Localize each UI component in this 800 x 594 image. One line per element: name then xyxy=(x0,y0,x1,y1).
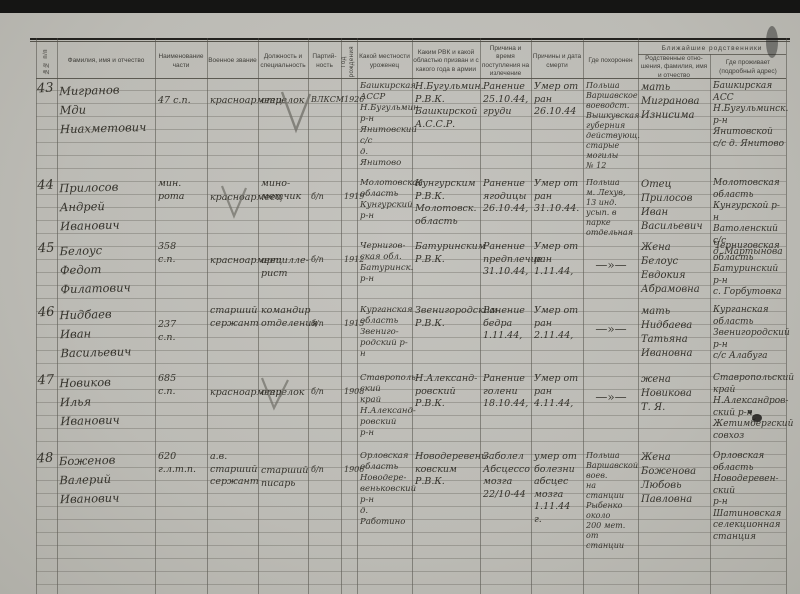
cell-row-number: 46 xyxy=(34,303,58,363)
cell-party: б/п xyxy=(308,240,341,299)
cell-rank: красноармеец xyxy=(207,372,258,442)
record-row: 47 Новиков Илья Иванович 685 с.п. красно… xyxy=(36,372,786,442)
cell-position: стрелок xyxy=(258,80,308,171)
cell-row-number: 47 xyxy=(34,371,59,442)
cell-birth-year: 1912 xyxy=(341,240,357,299)
cell-admission: Ранение 25.10.44, груди xyxy=(480,80,531,171)
cell-position: командир отделения xyxy=(258,304,308,363)
cell-relative: мать Нидбаева Татьяна Ивановна xyxy=(638,304,710,363)
col-header-relative: Родственные отно- шения, фамилия, имя и … xyxy=(638,54,710,81)
col-header-birth: Год рождения xyxy=(341,42,357,81)
cell-party: б/п xyxy=(308,304,341,363)
cell-admission: Ранение бедра 1.11.44, xyxy=(480,304,531,363)
cell-origin: Ставрополь- ский край Н.Александ- ровски… xyxy=(357,372,412,442)
cell-position: стрелок xyxy=(258,372,308,442)
cell-origin: Курганская область Звениго- родский р-н xyxy=(357,304,412,363)
cell-unit: 358 с.п. xyxy=(155,240,207,299)
record-row: 46 Нидбаев Иван Васильевич 237 с.п. стар… xyxy=(36,304,786,363)
cell-rvk: Н.Бугульмин. Р.В.К. Башкирской А.С.С.Р. xyxy=(412,80,480,171)
cell-birth-year: 1908 xyxy=(341,372,357,442)
cell-burial: Польша Варшавской воев. на станции Рыбен… xyxy=(583,450,638,551)
cell-burial: —»— xyxy=(583,372,638,442)
col-header-rvk: Каким РВК и какой областью призван и с к… xyxy=(412,42,480,81)
record-row: 45 Белоус Федот Филатович 358 с.п. красн… xyxy=(36,240,786,299)
cell-burial: Польша Варшавское воеводст. Вышкувская г… xyxy=(583,80,638,171)
cell-party: б/п xyxy=(308,450,341,551)
cell-name: Новиков Илья Иванович xyxy=(56,371,156,444)
cell-position: артилле- рист xyxy=(258,240,308,299)
cell-origin: Чернигов- ская обл. Батуринск. р-н xyxy=(357,240,412,299)
cell-death: Умер от ран 4.11.44, xyxy=(531,372,583,442)
table-top-rule xyxy=(30,38,790,40)
record-row: 43 Мигранов Мди Ниахметович 47 с.п. крас… xyxy=(36,80,786,171)
cell-rank: красноармеец xyxy=(207,80,258,171)
cell-burial: —»— xyxy=(583,304,638,363)
col-header-position: Должность и специальность xyxy=(258,42,308,81)
cell-name: Белоус Федот Филатович xyxy=(56,239,155,300)
document-page: №№ п/п Фамилия, имя и отчество Наименова… xyxy=(0,0,800,594)
col-header-rank: Военное звание xyxy=(207,42,258,81)
cell-origin: Орловская область Новодере- веньковский … xyxy=(357,450,412,551)
cell-birth-year: 1915 xyxy=(341,304,357,363)
cell-address: Ставропольский край Н.Александров- ский … xyxy=(710,372,786,442)
col-header-relatives-group: Ближайшие родственники Родственные отно-… xyxy=(638,42,786,81)
cell-rank: а.в. старший сержант xyxy=(207,450,258,551)
col-header-num-label: №№ п/п xyxy=(43,49,51,74)
cell-rvk: Новодеревень- ковским Р.В.К. xyxy=(412,450,480,551)
col-header-admission: Причина и время поступления на излечение xyxy=(480,42,531,81)
record-row: 48 Боженов Валерий Иванович 620 г.л.т.п.… xyxy=(36,450,786,551)
col-header-birth-label: Год рождения xyxy=(341,43,357,80)
cell-relative: жена Новикова Т. Я. xyxy=(638,372,710,442)
cell-relative: мать Мигранова Изнисима xyxy=(638,80,710,171)
col-header-origin: Какой местности уроженец xyxy=(357,42,412,81)
cell-party: б/п xyxy=(308,372,341,442)
column-line xyxy=(786,38,787,594)
cell-birth-year: 1906 xyxy=(341,450,357,551)
relatives-group-title: Ближайшие родственники xyxy=(638,42,786,54)
scan-top-border xyxy=(0,0,800,13)
cell-row-number: 45 xyxy=(34,239,58,299)
cell-address: Орловская область Новодеревен- ский р-н … xyxy=(710,450,786,551)
cell-party: ВЛКСМ xyxy=(308,80,341,171)
cell-death: Умер от ран 26.10.44 xyxy=(531,80,583,171)
cell-rvk: Н.Александ- ровский Р.В.К. xyxy=(412,372,480,442)
cell-burial: —»— xyxy=(583,240,638,299)
cell-unit: 237 с.п. xyxy=(155,304,207,363)
cell-address: Черниговская область Батуринский р-н с. … xyxy=(710,240,786,299)
cell-name: Нидбаев Иван Васильевич xyxy=(56,303,155,364)
cell-address: Курганская область Звенигородский р-н с/… xyxy=(710,304,786,363)
cell-address: Башкирская АСС Н.Бугульминск. р-н Янитов… xyxy=(710,80,786,171)
col-header-unit: Наименование части xyxy=(155,42,207,81)
cell-relative: Жена Боженова Любовь Павловна xyxy=(638,450,710,551)
col-header-death: Причины и дата смерти xyxy=(531,42,583,81)
cell-unit: 47 с.п. xyxy=(155,80,207,171)
cell-origin: Башкирская АССР Н.Бугульмин. р-н Янитовс… xyxy=(357,80,412,171)
cell-unit: 685 с.п. xyxy=(155,372,207,442)
cell-admission: Ранение голени 18.10.44, xyxy=(480,372,531,442)
cell-rvk: Звенигородским Р.В.К. xyxy=(412,304,480,363)
cell-admission: Ранение предплечие 31.10.44, xyxy=(480,240,531,299)
cell-name: Боженов Валерий Иванович xyxy=(56,449,157,553)
cell-death: Умер от ран 2.11.44, xyxy=(531,304,583,363)
col-header-address: Где проживает (подробный адрес) xyxy=(710,54,786,81)
cell-unit: 620 г.л.т.п. xyxy=(155,450,207,551)
col-header-num: №№ п/п xyxy=(36,42,57,81)
col-header-party: Партий- ность xyxy=(308,42,341,81)
cell-rank: старший сержант xyxy=(207,304,258,363)
cell-rvk: Батуринским Р.В.К. xyxy=(412,240,480,299)
cell-name: Мигранов Мди Ниахметович xyxy=(56,79,156,173)
cell-death: Умер от ран 1.11.44, xyxy=(531,240,583,299)
col-header-burial: Где похоронен xyxy=(583,42,638,81)
cell-position: старший писарь xyxy=(258,450,308,551)
cell-death: умер от болезни абсцес мозга 1.11.44 г. xyxy=(531,450,583,551)
table-header-row: №№ п/п Фамилия, имя и отчество Наименова… xyxy=(36,42,786,78)
col-header-name: Фамилия, имя и отчество xyxy=(57,42,155,81)
cell-relative: Жена Белоус Евдокия Абрамовна xyxy=(638,240,710,299)
cell-admission: Заболел Абсцессо мозга 22/10-44 xyxy=(480,450,531,551)
cell-rank: красноармеец xyxy=(207,240,258,299)
cell-birth-year: 1926 xyxy=(341,80,357,171)
